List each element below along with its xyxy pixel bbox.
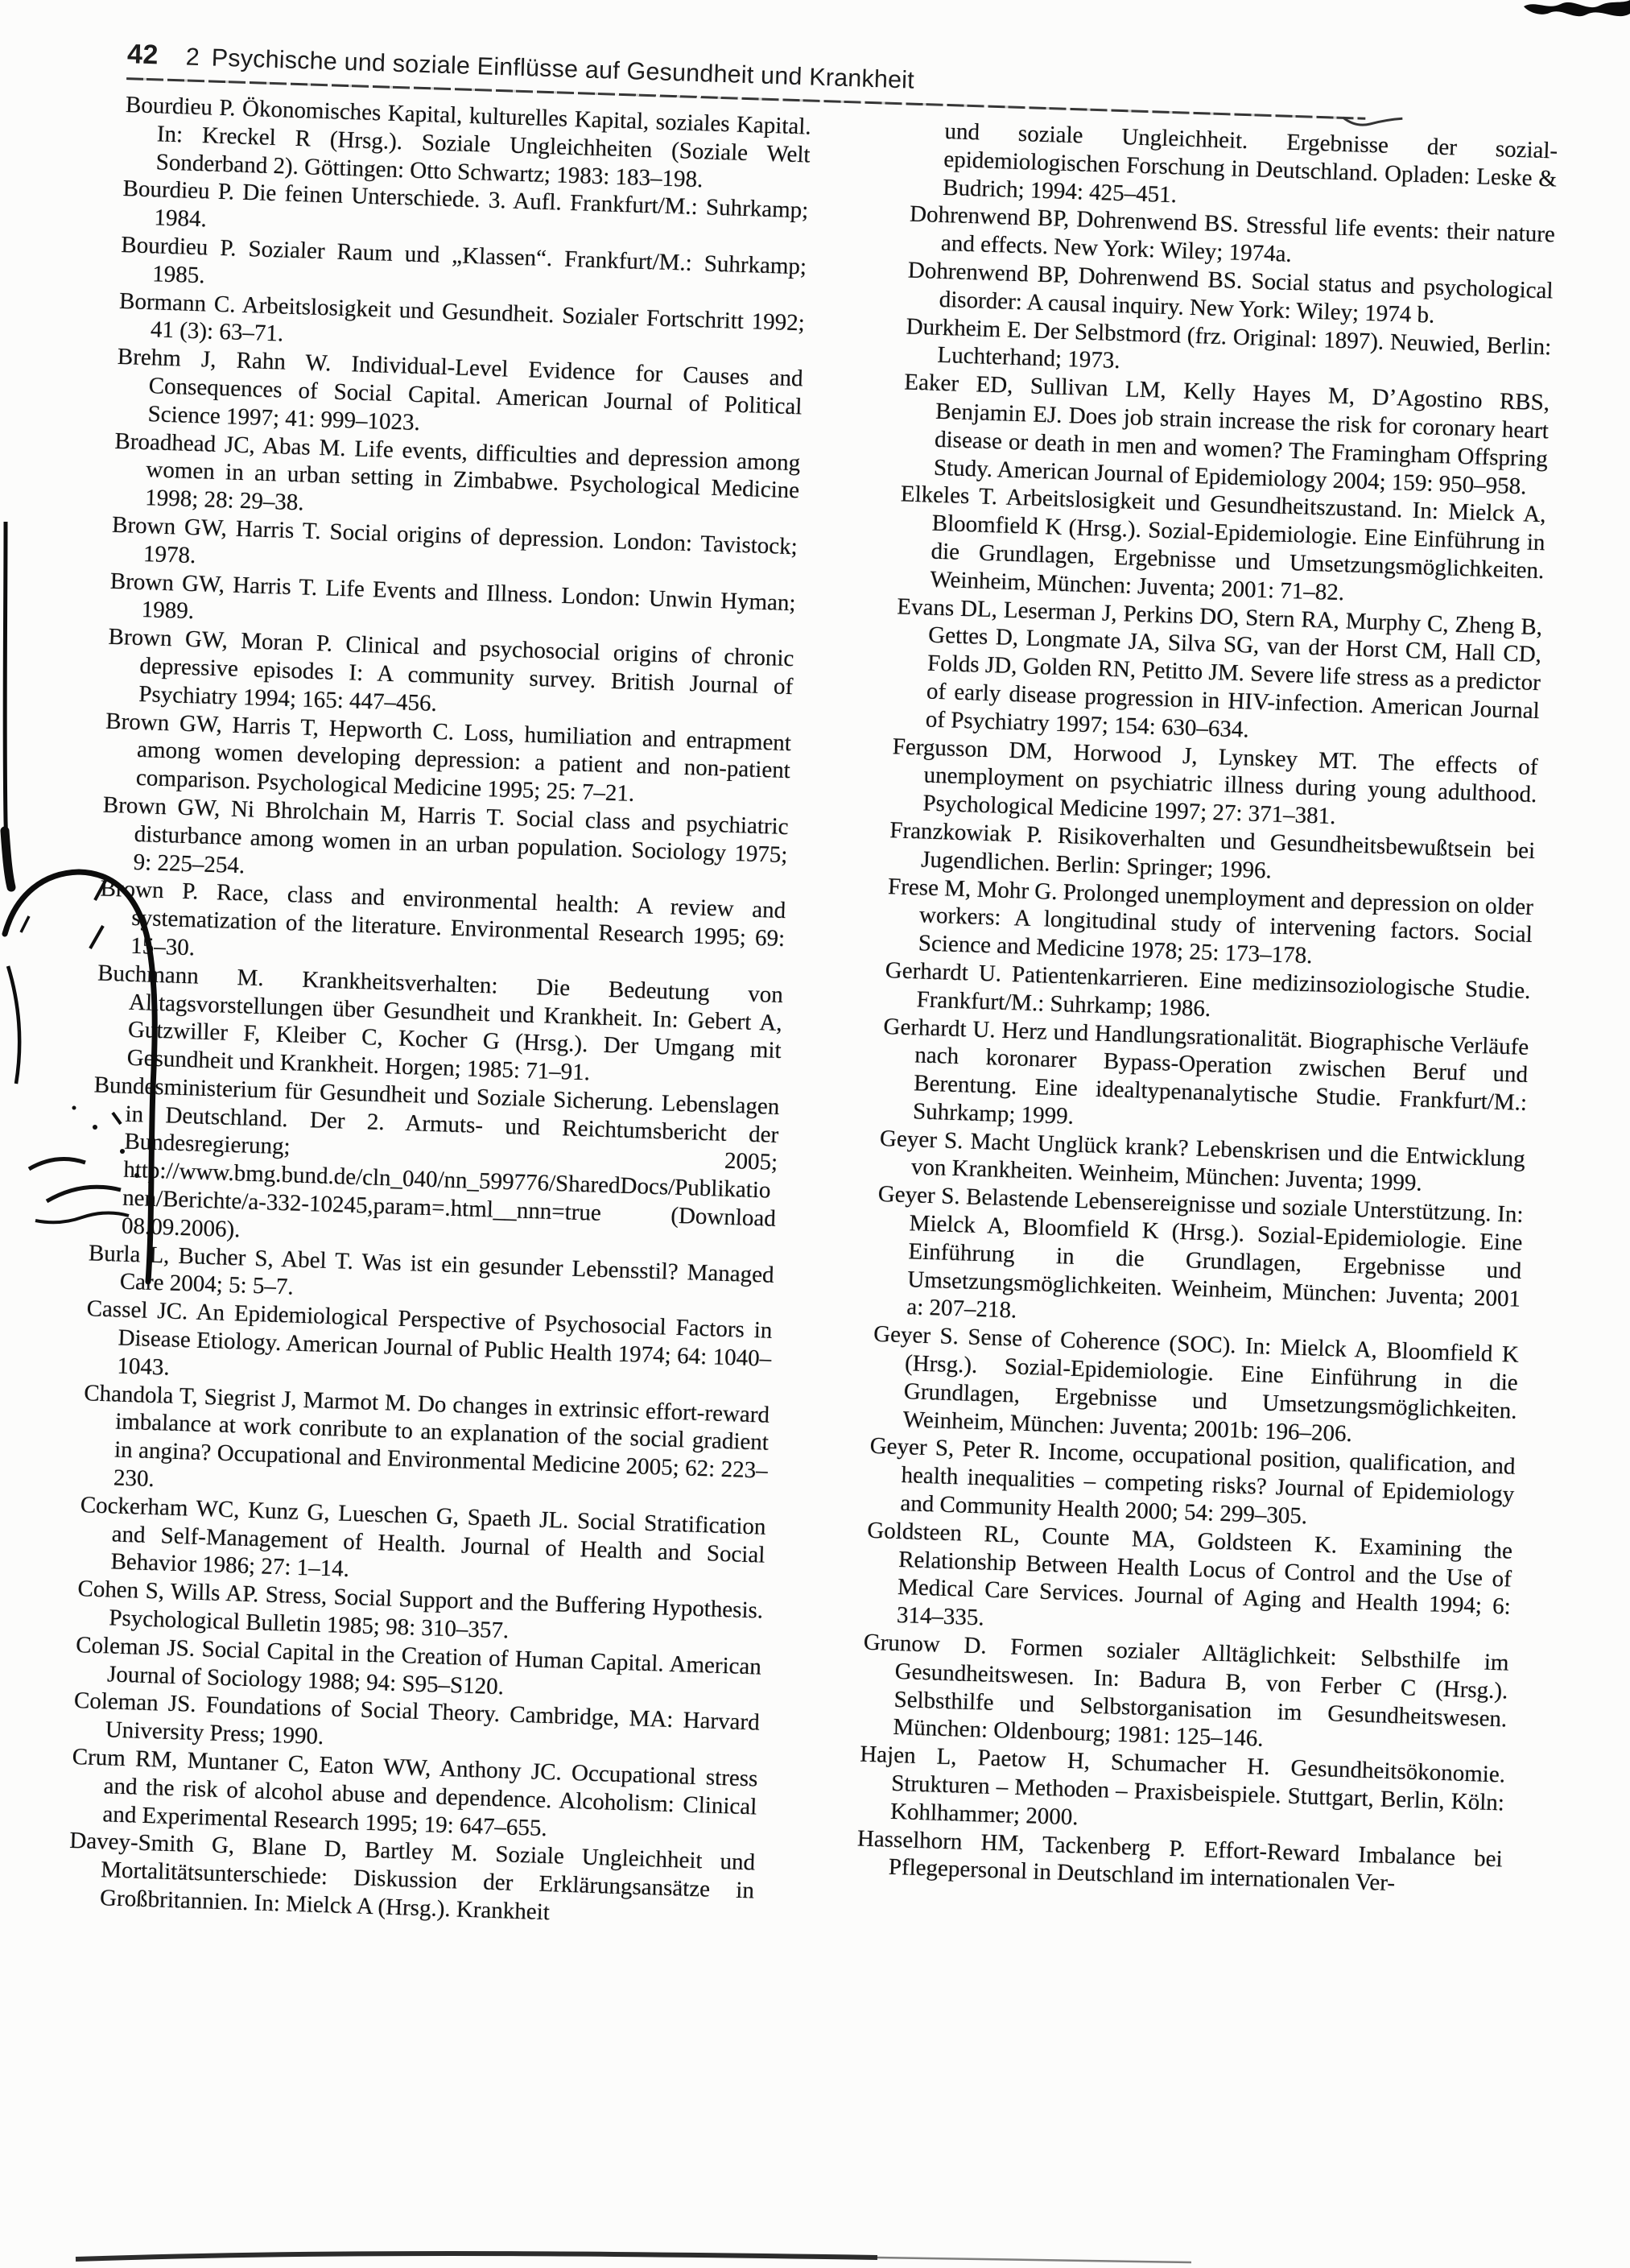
reference-entry: Elkeles T. Arbeitslosigkeit und Gesundhe… <box>898 481 1546 613</box>
reference-entry: Geyer S. Belastende Lebensereignisse und… <box>874 1180 1524 1341</box>
scan-artifact-bottom-edge <box>64 2246 1207 2268</box>
reference-entry: Goldsteen RL, Counte MA, Goldsteen K. Ex… <box>864 1517 1512 1650</box>
reference-entry: Chandola T, Siegrist J, Marmot M. Do cha… <box>80 1379 770 1514</box>
reference-entry: Buchmann M. Krankheitsverhalten: Die Bed… <box>94 959 783 1093</box>
reference-entry: Gerhardt U. Herz und Handlungsrationalit… <box>881 1013 1529 1146</box>
reference-entry: Eaker ED, Sullivan LM, Kelly Hayes M, D’… <box>901 369 1550 502</box>
page-curl-mark <box>1524 0 1630 16</box>
page-number: 42 <box>126 39 159 71</box>
reference-entry: Geyer S. Sense of Coherence (SOC). In: M… <box>870 1320 1519 1453</box>
bottom-edge-line-faint <box>877 2258 1191 2262</box>
bottom-edge-line <box>76 2254 877 2259</box>
references-column-left: Bourdieu P. Ökonomisches Kapital, kultur… <box>68 91 812 1933</box>
reference-entry: Evans DL, Leserman J, Perkins DO, Stern … <box>893 593 1542 754</box>
references-section: Bourdieu P. Ökonomisches Kapital, kultur… <box>68 91 1628 1960</box>
references-column-right: und soziale Ungleichheit. Ergebnisse der… <box>854 117 1558 1958</box>
header-rule-end-hook <box>1343 114 1408 132</box>
scanned-book-page: 42 2 Psychische und soziale Einflüsse au… <box>0 0 1630 2268</box>
printed-area: 42 2 Psychische und soziale Einflüsse au… <box>0 0 1630 1960</box>
chapter-title: Psychische und soziale Einflüsse auf Ges… <box>211 43 914 94</box>
reference-entry: Bundesministerium für Gesundheit und Soz… <box>89 1071 780 1261</box>
chapter-number: 2 <box>185 43 200 72</box>
scan-artifact-page-curl-corner <box>1501 0 1630 40</box>
reference-entry: Grunow D. Formen sozialer Alltäglichkeit… <box>860 1629 1509 1762</box>
